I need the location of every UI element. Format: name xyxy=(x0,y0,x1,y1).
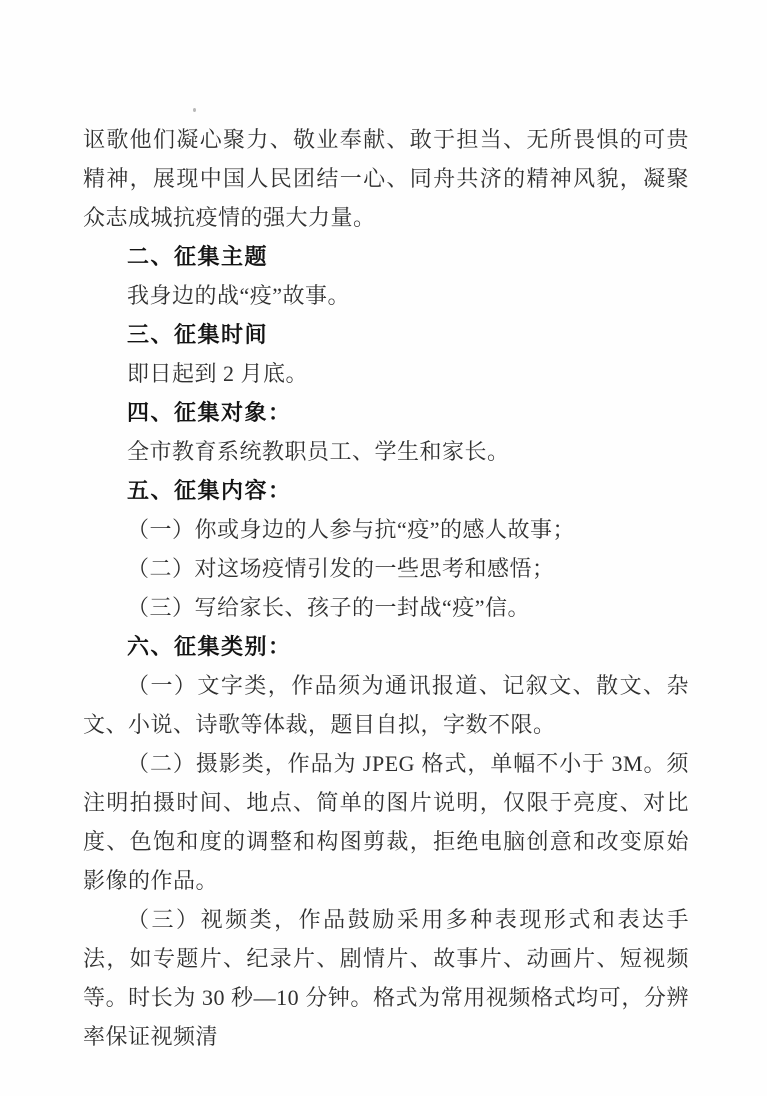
heading-collection-category: 六、征集类别： xyxy=(83,627,689,666)
heading-collection-targets: 四、征集对象： xyxy=(83,393,689,432)
scan-artifact-speck xyxy=(193,108,196,112)
heading-collection-content: 五、征集内容： xyxy=(83,471,689,510)
paragraph-continuation: 讴歌他们凝心聚力、敬业奉献、敢于担当、无所畏惧的可贵精神，展现中国人民团结一心、… xyxy=(83,120,689,237)
paragraph-content-item-3: （三）写给家长、孩子的一封战“疫”信。 xyxy=(83,588,689,627)
document-content: 讴歌他们凝心聚力、敬业奉献、敢于担当、无所畏惧的可贵精神，展现中国人民团结一心、… xyxy=(83,120,689,1056)
document-page: 讴歌他们凝心聚力、敬业奉献、敢于担当、无所畏惧的可贵精神，展现中国人民团结一心、… xyxy=(0,0,767,1096)
paragraph-category-text: （一）文字类，作品须为通讯报道、记叙文、散文、杂文、小说、诗歌等体裁，题目自拟，… xyxy=(83,666,689,744)
paragraph-time: 即日起到 2 月底。 xyxy=(83,354,689,393)
paragraph-theme: 我身边的战“疫”故事。 xyxy=(83,276,689,315)
heading-collection-theme: 二、征集主题 xyxy=(83,237,689,276)
paragraph-category-video: （三）视频类，作品鼓励采用多种表现形式和表达手法，如专题片、纪录片、剧情片、故事… xyxy=(83,900,689,1056)
paragraph-targets: 全市教育系统教职员工、学生和家长。 xyxy=(83,432,689,471)
heading-collection-time: 三、征集时间 xyxy=(83,315,689,354)
paragraph-content-item-2: （二）对这场疫情引发的一些思考和感悟； xyxy=(83,549,689,588)
paragraph-category-photo: （二）摄影类，作品为 JPEG 格式，单幅不小于 3M。须注明拍摄时间、地点、简… xyxy=(83,744,689,900)
paragraph-content-item-1: （一）你或身边的人参与抗“疫”的感人故事； xyxy=(83,510,689,549)
